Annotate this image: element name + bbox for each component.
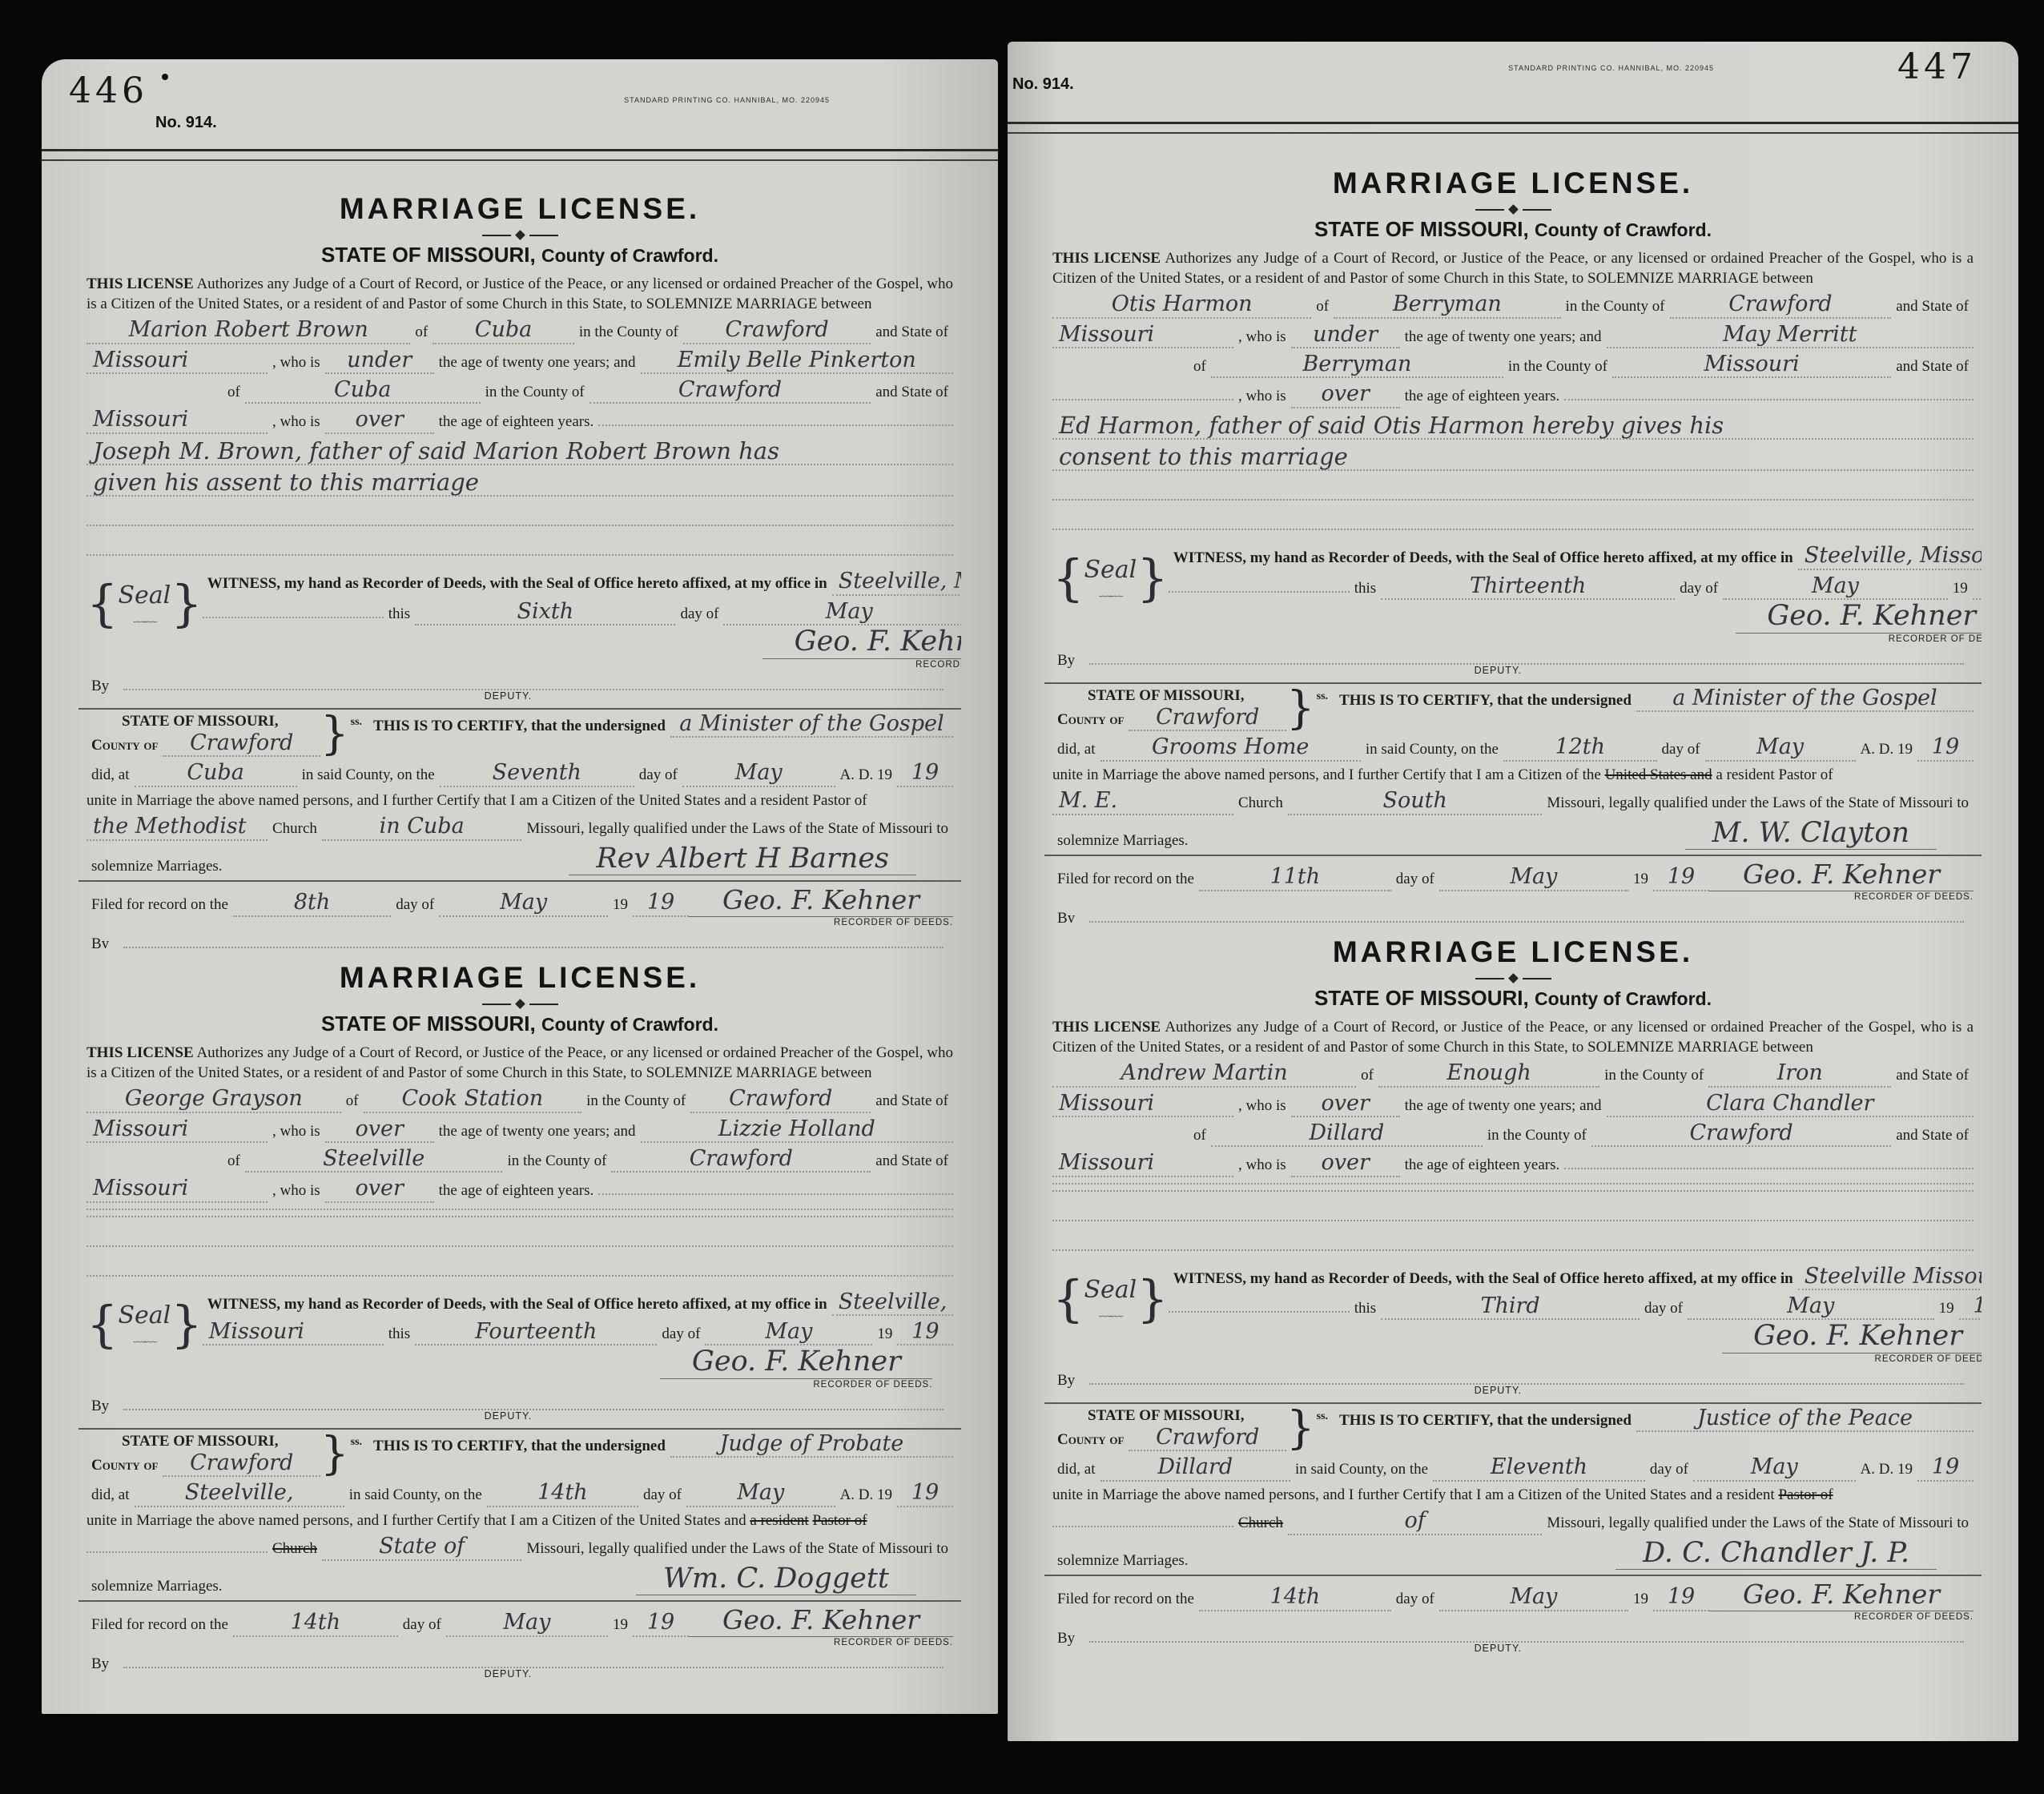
- deputy-line: DEPUTY.: [123, 1651, 944, 1668]
- seal-scribble: {Seal﹏﹏}: [1052, 540, 1169, 617]
- seal-flourish: ﹏﹏: [133, 607, 155, 625]
- witness-place-2: [1169, 590, 1350, 593]
- witness-office-place: Steelville Missouri: [1798, 1265, 1982, 1290]
- license-subtitle: STATE OF MISSOURI, County of Crawford.: [1052, 217, 1974, 242]
- pastor-of: M. E.: [1052, 790, 1233, 815]
- blank-line: [598, 424, 953, 426]
- license-subtitle: STATE OF MISSOURI, County of Crawford.: [1052, 986, 1974, 1011]
- marriage-year: 19: [1917, 736, 1974, 761]
- form-number: No. 914.: [155, 114, 217, 132]
- section-rule: [78, 880, 961, 882]
- groom-state: Missouri: [1052, 324, 1233, 348]
- marriage-place: Dillard: [1100, 1456, 1290, 1481]
- unite-clause: unite in Marriage the above named person…: [1052, 1486, 1974, 1506]
- recorder-signature-block: Geo. F. KehnerRECORDER OF DEEDS.: [689, 887, 953, 927]
- ink-speck: [162, 74, 168, 80]
- witness-month: May: [723, 601, 961, 625]
- seal-word: Seal: [1084, 1277, 1137, 1303]
- filed-block: Filed for record on the14thday ofMay1919…: [1052, 1581, 1974, 1647]
- filed-month: May: [446, 1611, 608, 1636]
- pastor-of: [1052, 1525, 1233, 1527]
- license-title: MARRIAGE LICENSE.: [87, 192, 953, 226]
- certificate-county: Crawford: [163, 1452, 320, 1477]
- deputy-line: DEPUTY.: [123, 1393, 944, 1410]
- seal-word: Seal: [118, 583, 171, 609]
- bride-age-status: over: [1291, 1152, 1400, 1177]
- blank-line: [87, 1222, 953, 1247]
- groom-county: Crawford: [690, 1088, 871, 1112]
- officiant-signature: Wm. C. Doggett: [636, 1564, 916, 1596]
- blank-line: [1052, 505, 1974, 530]
- license-intro: THIS LICENSE Authorizes any Judge of a C…: [87, 1043, 953, 1083]
- blank-line: [1052, 1226, 1974, 1251]
- marriage-license-form: MARRIAGE LICENSE. STATE OF MISSOURI, Cou…: [1044, 923, 1982, 1691]
- undersigned-title: a Minister of the Gospel: [670, 713, 953, 738]
- by-label: By: [1052, 910, 1080, 923]
- undersigned-title: Justice of the Peace: [1636, 1407, 1974, 1432]
- bride-town: Steelville: [245, 1148, 503, 1173]
- by-label: By: [87, 1398, 114, 1415]
- by-label: By: [1052, 1372, 1080, 1390]
- groom-age-status: over: [1291, 1092, 1400, 1117]
- license-intro: THIS LICENSE Authorizes any Judge of a C…: [1052, 1017, 1974, 1057]
- marriage-year: 19: [897, 1482, 953, 1506]
- header-rule: [1008, 122, 2018, 134]
- deputy-line: DEPUTY.: [123, 931, 944, 948]
- groom-county: Crawford: [683, 319, 871, 344]
- blank-line: [1052, 476, 1974, 501]
- seal-scribble: {Seal﹏﹏}: [87, 1286, 203, 1363]
- witness-place-2: Missouri: [203, 1321, 384, 1345]
- seal-word: Seal: [118, 1303, 171, 1329]
- marriage-month: May: [682, 762, 835, 786]
- unite-clause: unite in Marriage the above named person…: [87, 791, 953, 811]
- recorder-signature-block: Geo. F. KehnerRECORDER OF DEEDS.: [689, 1607, 953, 1647]
- consent-line: Ed Harmon, father of said Otis Harmon he…: [1052, 413, 1974, 440]
- marriage-place: Cuba: [135, 762, 297, 786]
- page-number: 447: [1897, 46, 1977, 87]
- witness-block: {Seal﹏﹏} WITNESS, my hand as Recorder of…: [87, 1286, 953, 1390]
- brace: }: [320, 1433, 349, 1476]
- by-label: By: [1052, 652, 1080, 670]
- section-rule: [1044, 682, 1982, 684]
- witness-office-place: Steelville, Missouri: [832, 570, 961, 595]
- section-rule: [78, 1428, 961, 1430]
- bride-state: Missouri: [87, 408, 268, 433]
- deputy-line: DEPUTY.: [123, 673, 944, 690]
- recorder-signature: Geo. F. Kehner: [1722, 1321, 1982, 1354]
- section-rule: [1044, 1402, 1982, 1404]
- groom-state: Missouri: [1052, 1092, 1233, 1117]
- record-book-page-right: 447 No. 914. STANDARD PRINTING CO. HANNI…: [1008, 42, 2018, 1741]
- pastor-of: the Methodist: [87, 815, 268, 840]
- bride-age-status: over: [1291, 383, 1400, 408]
- witness-day: Fourteenth: [415, 1321, 657, 1345]
- officiant-signature: D. C. Chandler J. P.: [1615, 1539, 1937, 1571]
- consent-line: [87, 1208, 953, 1210]
- blank-line: [87, 501, 953, 526]
- witness-place-2: [1169, 1310, 1350, 1313]
- license-title: MARRIAGE LICENSE.: [1052, 935, 1974, 969]
- recorder-signature: Geo. F. Kehner: [1709, 1581, 1974, 1611]
- groom-age-status: under: [325, 349, 434, 374]
- bride-county: Missouri: [1612, 353, 1891, 378]
- deputy-line: DEPUTY.: [1089, 1367, 1964, 1385]
- section-rule: [1044, 1575, 1982, 1576]
- section-rule: [78, 708, 961, 710]
- recorder-signature: Geo. F. Kehner: [660, 1347, 932, 1379]
- blank-line: [87, 531, 953, 556]
- seal-flourish: ﹏﹏: [133, 1327, 155, 1345]
- blank-line: [1052, 1197, 1974, 1221]
- groom-town: Cook Station: [364, 1088, 582, 1112]
- witness-place-2: [203, 616, 384, 618]
- marriage-day: Seventh: [440, 762, 634, 786]
- consent-line: consent to this marriage: [1052, 444, 1974, 471]
- form-number: No. 914.: [1012, 75, 1074, 94]
- groom-county: Iron: [1708, 1062, 1891, 1087]
- witness-month: May: [705, 1321, 872, 1345]
- filed-year: 19: [633, 891, 689, 916]
- marriage-place: Grooms Home: [1100, 736, 1361, 761]
- deputy-line: DEPUTY.: [1089, 1625, 1964, 1643]
- church-place: South: [1288, 790, 1542, 815]
- bride-state: Missouri: [1052, 1152, 1233, 1177]
- groom-town: Berryman: [1334, 293, 1560, 318]
- license-title: MARRIAGE LICENSE.: [1052, 167, 1974, 200]
- witness-block: {Seal﹏﹏} WITNESS, my hand as Recorder of…: [1052, 1261, 1974, 1364]
- certificate-county: Crawford: [163, 732, 320, 757]
- church-place: State of: [322, 1535, 521, 1560]
- filed-year: 19: [1653, 1586, 1709, 1611]
- license-intro: THIS LICENSE Authorizes any Judge of a C…: [1052, 248, 1974, 288]
- bride-name: Emily Belle Pinkerton: [641, 349, 953, 374]
- officiant-signature: Rev Albert H Barnes: [569, 844, 916, 876]
- page-number: 446: [69, 70, 148, 111]
- bride-town: Cuba: [245, 379, 481, 404]
- scanned-record-book: 446 No. 914. STANDARD PRINTING CO. HANNI…: [0, 0, 2044, 1794]
- bride-town: Dillard: [1211, 1122, 1483, 1147]
- title-ornament: [87, 1000, 953, 1008]
- pastor-of: [87, 1551, 268, 1553]
- groom-state: Missouri: [87, 1118, 268, 1143]
- marriage-day: 14th: [487, 1482, 638, 1506]
- filed-month: May: [439, 891, 608, 916]
- filed-block: Filed for record on the8thday ofMay1919G…: [87, 887, 953, 948]
- recorder-signature: Geo. F. Kehner: [762, 627, 961, 659]
- witness-day: Thirteenth: [1381, 575, 1675, 600]
- license-title: MARRIAGE LICENSE.: [87, 961, 953, 995]
- marriage-license-form: MARRIAGE LICENSE. STATE OF MISSOURI, Cou…: [78, 179, 961, 948]
- bride-town: Berryman: [1211, 353, 1503, 378]
- consent-line: [1052, 1189, 1974, 1192]
- printer-mark: STANDARD PRINTING CO. HANNIBAL, MO. 2209…: [624, 96, 830, 104]
- recorder-signature: Geo. F. Kehner: [689, 1607, 953, 1637]
- filed-block: Filed for record on the14thday ofMay1919…: [87, 1607, 953, 1673]
- recorder-signature: Geo. F. Kehner: [1736, 601, 1982, 634]
- recorder-signature-block: Geo. F. KehnerRECORDER OF DEEDS.: [1722, 1321, 1982, 1364]
- certificate-county: Crawford: [1129, 1426, 1286, 1451]
- seal-word: Seal: [1084, 557, 1137, 583]
- marriage-year: 19: [1917, 1456, 1974, 1481]
- deputy-line: DEPUTY.: [1089, 647, 1964, 665]
- header-rule: [42, 149, 998, 161]
- section-rule: [1044, 855, 1982, 856]
- church-place: of: [1288, 1510, 1542, 1535]
- seal-scribble: {Seal﹏﹏}: [1052, 1261, 1169, 1337]
- recorder-signature-block: Geo. F. KehnerRECORDER OF DEEDS.: [1709, 861, 1974, 902]
- marriage-license-form: MARRIAGE LICENSE. STATE OF MISSOURI, Cou…: [1044, 154, 1982, 923]
- recorder-signature-block: Geo. F. KehnerRECORDER OF DEEDS.: [660, 1347, 932, 1390]
- bride-name: Lizzie Holland: [641, 1118, 953, 1143]
- consent-line: [87, 1215, 953, 1217]
- license-subtitle: STATE OF MISSOURI, County of Crawford.: [87, 1012, 953, 1036]
- marriage-month: May: [686, 1482, 835, 1506]
- by-label: By: [87, 1655, 114, 1673]
- filed-month: May: [1439, 866, 1628, 891]
- marriage-year: 19: [897, 762, 953, 786]
- brace: }: [1286, 1407, 1315, 1450]
- marriage-month: May: [1705, 736, 1856, 761]
- brace: }: [1286, 687, 1315, 730]
- bride-county: Crawford: [611, 1148, 871, 1173]
- filed-day: 11th: [1199, 866, 1391, 891]
- page-header: 447 No. 914. STANDARD PRINTING CO. HANNI…: [1008, 42, 2018, 154]
- title-ornament: [1052, 975, 1974, 982]
- recorder-signature-block: Geo. F. KehnerRECORDER OF DEEDS.: [762, 627, 961, 670]
- certificate-block: STATE OF MISSOURI, County ofCrawford } s…: [87, 713, 953, 875]
- bride-county: Crawford: [589, 379, 871, 404]
- title-ornament: [87, 231, 953, 239]
- by-label: By: [87, 935, 114, 948]
- groom-name: George Grayson: [87, 1088, 341, 1112]
- record-book-page-left: 446 No. 914. STANDARD PRINTING CO. HANNI…: [42, 59, 998, 1714]
- blank-line: [87, 1252, 953, 1277]
- certificate-block: STATE OF MISSOURI, County ofCrawford } s…: [1052, 687, 1974, 850]
- recorder-signature-block: Geo. F. KehnerRECORDER OF DEEDS.: [1736, 601, 1982, 644]
- bride-age-status: over: [325, 408, 434, 433]
- license-subtitle: STATE OF MISSOURI, County of Crawford.: [87, 243, 953, 267]
- blank-line: [598, 1193, 953, 1195]
- filed-month: May: [1439, 1586, 1628, 1611]
- bride-state: Missouri: [87, 1177, 268, 1202]
- title-ornament: [1052, 206, 1974, 213]
- undersigned-title: a Minister of the Gospel: [1636, 687, 1974, 712]
- marriage-month: May: [1693, 1456, 1856, 1481]
- filed-day: 14th: [1199, 1586, 1391, 1611]
- marriage-day: Eleventh: [1433, 1456, 1645, 1481]
- witness-year: 19: [1959, 1295, 1982, 1320]
- by-label: By: [1052, 1630, 1080, 1647]
- witness-office-place: Steelville, Missouri,: [1798, 545, 1982, 569]
- blank-line: [1564, 1167, 1974, 1169]
- bride-state: [1052, 398, 1233, 400]
- printer-mark: STANDARD PRINTING CO. HANNIBAL, MO. 2209…: [1508, 64, 1714, 72]
- witness-day: Sixth: [415, 601, 675, 625]
- groom-age-status: over: [325, 1118, 434, 1143]
- witness-block: {Seal﹏﹏} WITNESS, my hand as Recorder of…: [1052, 540, 1974, 643]
- groom-name: Otis Harmon: [1052, 293, 1311, 318]
- groom-county: Crawford: [1670, 293, 1892, 318]
- church-place: in Cuba: [322, 815, 521, 840]
- section-rule: [78, 1600, 961, 1602]
- groom-age-status: under: [1291, 324, 1400, 348]
- deputy-line: DEPUTY.: [1089, 905, 1964, 923]
- filed-day: 14th: [233, 1611, 398, 1636]
- certificate-county: Crawford: [1129, 706, 1286, 731]
- bride-name: May Merritt: [1607, 324, 1974, 348]
- seal-scribble: {Seal﹏﹏}: [87, 565, 203, 642]
- unite-clause: unite in Marriage the above named person…: [87, 1511, 953, 1531]
- marriage-day: 12th: [1503, 736, 1657, 761]
- groom-name: Marion Robert Brown: [87, 319, 410, 344]
- bride-county: Crawford: [1591, 1122, 1891, 1147]
- marriage-place: Steelville,: [135, 1482, 344, 1506]
- filed-block: Filed for record on the11thday ofMay1919…: [1052, 861, 1974, 923]
- groom-town: Enough: [1378, 1062, 1599, 1087]
- blank-line: [1564, 398, 1974, 400]
- groom-town: Cuba: [433, 319, 574, 344]
- marriage-license-form: MARRIAGE LICENSE. STATE OF MISSOURI, Cou…: [78, 948, 961, 1717]
- bride-age-status: over: [325, 1177, 434, 1202]
- seal-flourish: ﹏﹏: [1099, 1301, 1121, 1320]
- certificate-block: STATE OF MISSOURI, County ofCrawford } s…: [1052, 1407, 1974, 1570]
- by-label: By: [87, 678, 114, 695]
- recorder-signature-block: Geo. F. KehnerRECORDER OF DEEDS.: [1709, 1581, 1974, 1622]
- witness-year: 19: [897, 1321, 953, 1345]
- witness-block: {Seal﹏﹏} WITNESS, my hand as Recorder of…: [87, 565, 953, 669]
- recorder-signature: Geo. F. Kehner: [1709, 861, 1974, 891]
- filed-day: 8th: [233, 891, 391, 916]
- officiant-signature: M. W. Clayton: [1685, 819, 1937, 851]
- undersigned-title: Judge of Probate: [670, 1433, 953, 1458]
- brace: }: [320, 713, 349, 756]
- witness-month: May: [1723, 575, 1948, 600]
- bride-name: Clara Chandler: [1607, 1092, 1974, 1117]
- consent-line: given his assent to this marriage: [87, 470, 953, 497]
- seal-flourish: ﹏﹏: [1099, 581, 1121, 600]
- groom-state: Missouri: [87, 349, 268, 374]
- recorder-signature: Geo. F. Kehner: [689, 887, 953, 917]
- filed-year: 19: [1653, 866, 1709, 891]
- groom-name: Andrew Martin: [1052, 1062, 1356, 1087]
- license-intro: THIS LICENSE Authorizes any Judge of a C…: [87, 274, 953, 314]
- consent-line: Joseph M. Brown, father of said Marion R…: [87, 439, 953, 465]
- witness-year: 19: [1973, 575, 1982, 600]
- unite-clause: unite in Marriage the above named person…: [1052, 766, 1974, 786]
- page-header: 446 No. 914. STANDARD PRINTING CO. HANNI…: [42, 59, 998, 179]
- consent-line: [1052, 1182, 1974, 1185]
- witness-office-place: Steelville,: [832, 1291, 954, 1316]
- witness-month: May: [1688, 1295, 1934, 1320]
- certificate-block: STATE OF MISSOURI, County ofCrawford } s…: [87, 1433, 953, 1595]
- filed-year: 19: [633, 1611, 689, 1636]
- witness-day: Third: [1381, 1295, 1640, 1320]
